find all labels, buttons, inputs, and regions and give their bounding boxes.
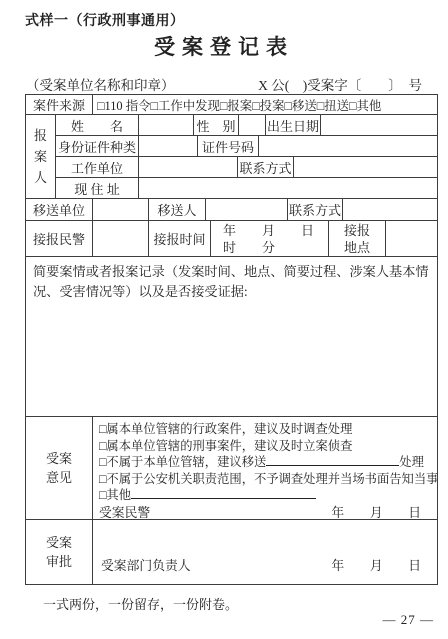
reporter-row-id: 身份证件种类 证件号码 [56, 136, 437, 157]
case-source-row: 案件来源 □110 指令□工作中发现□报案□投案□移送□扭送□其他 [26, 95, 437, 115]
receive-time-ymd: 年 月 日 [223, 222, 314, 239]
approval-content: 受案部门负责人 年 月 日 [93, 520, 437, 584]
work-unit-field [139, 157, 238, 177]
reporter-section: 报 案 人 姓 名 性 别 出生日期 身份证件种类 证件号码 [26, 115, 437, 199]
opinion-content: □属本单位管辖的行政案件，建议及时调查处理 □属本单位管辖的刑事案件，建议及时立… [93, 417, 437, 519]
copies-note: 一式两份，一份留存，一份附卷。 [43, 594, 238, 613]
opinion-option: □属本单位管辖的行政案件，建议及时调查处理 [99, 421, 431, 438]
receive-place-label-line: 接报 [344, 222, 370, 239]
reporter-contact-field [294, 157, 437, 177]
form-style-label: 式样一（行政刑事通用） [25, 10, 185, 30]
transfer-row: 移送单位 移送人 联系方式 [26, 199, 437, 221]
checkbox-option-text: □属本单位管辖的刑事案件，建议及时立案侦查 [99, 439, 352, 453]
scanned-form-page: 式样一（行政刑事通用） 受案登记表 （受案单位名称和印章） X 公( )受案字〔… [0, 0, 448, 639]
reporter-row-address: 现 住 址 [56, 178, 437, 198]
unit-stamp-label: （受案单位名称和印章） [26, 74, 175, 94]
id-type-label: 身份证件种类 [56, 136, 139, 156]
gender-field [239, 115, 266, 135]
opinion-label-line: 受案 [46, 449, 72, 468]
opinion-sign-line: 受案民警 年 月 日 [99, 505, 431, 520]
id-number-field [259, 136, 437, 156]
name-field [139, 115, 194, 135]
checkbox-option-suffix: 处理 [399, 455, 424, 469]
opinion-option: □不属于本单位管辖，建议移送处理 [99, 454, 431, 471]
birth-date-field [321, 115, 437, 135]
approval-section: 受案 审批 受案部门负责人 年 月 日 [26, 520, 437, 584]
unit-and-case-number-line: （受案单位名称和印章） X 公( )受案字〔 〕 号 [26, 74, 422, 94]
reporter-row-name: 姓 名 性 别 出生日期 [56, 115, 437, 136]
receive-place-label-line: 地点 [344, 239, 370, 256]
page-title: 受案登记表 [0, 31, 448, 61]
receive-officer-field [93, 221, 149, 256]
receive-time-field: 年 月 日 时 分 [211, 221, 329, 256]
opinion-option: □属本单位管辖的刑事案件，建议及时立案侦查 [99, 438, 431, 455]
report-receive-row: 接报民警 接报时间 年 月 日 时 分 接报 地点 [26, 221, 437, 257]
opinion-option: □其他 [99, 487, 431, 504]
approval-vertical-label: 受案 审批 [26, 520, 93, 584]
opinion-vertical-label: 受案 意见 [26, 417, 93, 519]
transfer-unit-label: 移送单位 [26, 199, 93, 220]
receive-officer-label: 接报民警 [26, 221, 93, 256]
birth-date-label: 出生日期 [266, 115, 321, 135]
transfer-person-field [206, 199, 288, 220]
approval-head-label: 受案部门负责人 [101, 558, 191, 575]
reporter-label-char: 人 [34, 171, 47, 184]
case-registration-table: 案件来源 □110 指令□工作中发现□报案□投案□移送□扭送□其他 报 案 人 … [25, 94, 438, 585]
receive-place-field [386, 221, 437, 256]
case-source-options: □110 指令□工作中发现□报案□投案□移送□扭送□其他 [93, 95, 437, 114]
approval-sign-line: 受案部门负责人 年 月 日 [101, 558, 431, 575]
opinion-option: □不属于公安机关职责范围，不予调查处理并当场书面告知当事人 [99, 471, 431, 488]
work-unit-label: 工作单位 [56, 157, 139, 177]
address-label: 现 住 址 [56, 178, 139, 198]
approval-label-line: 审批 [46, 552, 72, 571]
checkbox-option-text: □属本单位管辖的行政案件，建议及时调查处理 [99, 422, 352, 436]
opinion-date-label: 年 月 日 [331, 505, 421, 520]
receive-time-hm: 时 分 [223, 239, 275, 256]
address-field [139, 178, 437, 198]
opinion-section: 受案 意见 □属本单位管辖的行政案件，建议及时调查处理 □属本单位管辖的刑事案件… [26, 417, 437, 520]
checkbox-option-text: □不属于本单位管辖，建议移送 [99, 455, 266, 469]
receive-time-label: 接报时间 [149, 221, 211, 256]
transfer-person-label: 移送人 [149, 199, 206, 220]
reporter-label-char: 报 [34, 129, 47, 142]
id-type-field [139, 136, 198, 156]
blank-underline [266, 455, 399, 466]
receive-place-label: 接报 地点 [329, 221, 386, 256]
reporter-label-char: 案 [34, 150, 47, 163]
name-label: 姓 名 [56, 115, 139, 135]
checkbox-option-text: □其他 [99, 488, 131, 502]
checkbox-option-text: □不属于公安机关职责范围，不予调查处理并当场书面告知当事人 [99, 472, 437, 486]
opinion-officer-label: 受案民警 [99, 505, 150, 520]
reporter-contact-label: 联系方式 [238, 157, 294, 177]
transfer-contact-label: 联系方式 [288, 199, 343, 220]
reporter-vertical-label: 报 案 人 [26, 115, 56, 198]
case-number-label: X 公( )受案字〔 〕 号 [258, 74, 422, 94]
transfer-unit-field [93, 199, 149, 220]
case-source-label: 案件来源 [26, 95, 93, 114]
id-number-label: 证件号码 [198, 136, 259, 156]
opinion-label-line: 意见 [46, 468, 72, 487]
blank-underline [131, 488, 316, 499]
brief-record-text: 简要案情或者报案记录（发案时间、地点、简要过程、涉案人基本情况、受害情况等）以及… [26, 257, 437, 416]
approval-date-label: 年 月 日 [331, 558, 421, 575]
gender-label: 性 别 [194, 115, 239, 135]
brief-record-row: 简要案情或者报案记录（发案时间、地点、简要过程、涉案人基本情况、受害情况等）以及… [26, 257, 437, 417]
transfer-contact-field [343, 199, 437, 220]
reporter-row-work: 工作单位 联系方式 [56, 157, 437, 178]
approval-label-line: 受案 [46, 533, 72, 552]
page-number: — 27 — [383, 612, 435, 628]
